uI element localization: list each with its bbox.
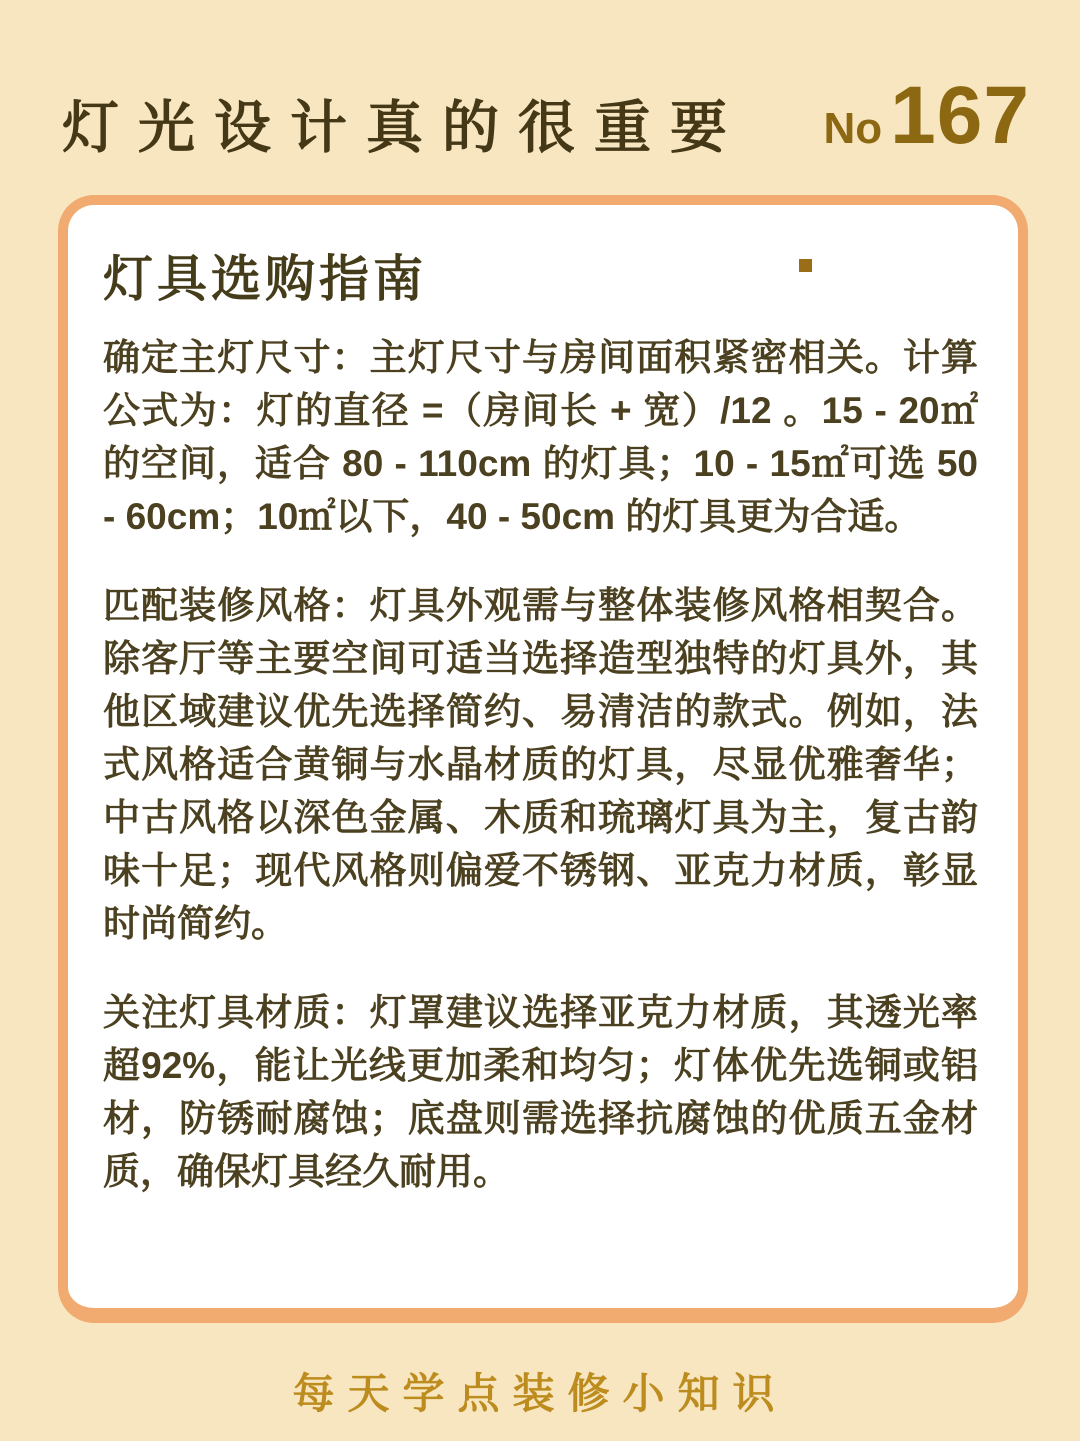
footer: 每天学点装修小知识 [0, 1373, 1080, 1415]
header: 灯光设计真的很重要 No 167 [0, 0, 1080, 195]
card-paragraph-material: 关注灯具材质：灯罩建议选择亚克力材质，其透光率超92%，能让光线更加柔和均匀；灯… [103, 986, 978, 1198]
issue-number: No 167 [824, 75, 1030, 157]
footer-tagline: 每天学点装修小知识 [292, 1370, 787, 1417]
card-paragraph-sizing: 确定主灯尺寸：主灯尺寸与房间面积紧密相关。计算公式为：灯的直径 =（房间长 + … [103, 331, 978, 543]
issue-label: No [824, 107, 883, 151]
content-card: 灯具选购指南 确定主灯尺寸：主灯尺寸与房间面积紧密相关。计算公式为：灯的直径 =… [58, 195, 1028, 1323]
card-title: 灯具选购指南 [103, 249, 978, 309]
issue-value: 167 [890, 75, 1030, 157]
card-title-row: 灯具选购指南 [103, 249, 978, 309]
square-dot-icon [799, 259, 812, 272]
page-title: 灯光设计真的很重要 [62, 100, 746, 157]
card-paragraph-style: 匹配装修风格：灯具外观需与整体装修风格相契合。除客厅等主要空间可适当选择造型独特… [103, 579, 978, 950]
